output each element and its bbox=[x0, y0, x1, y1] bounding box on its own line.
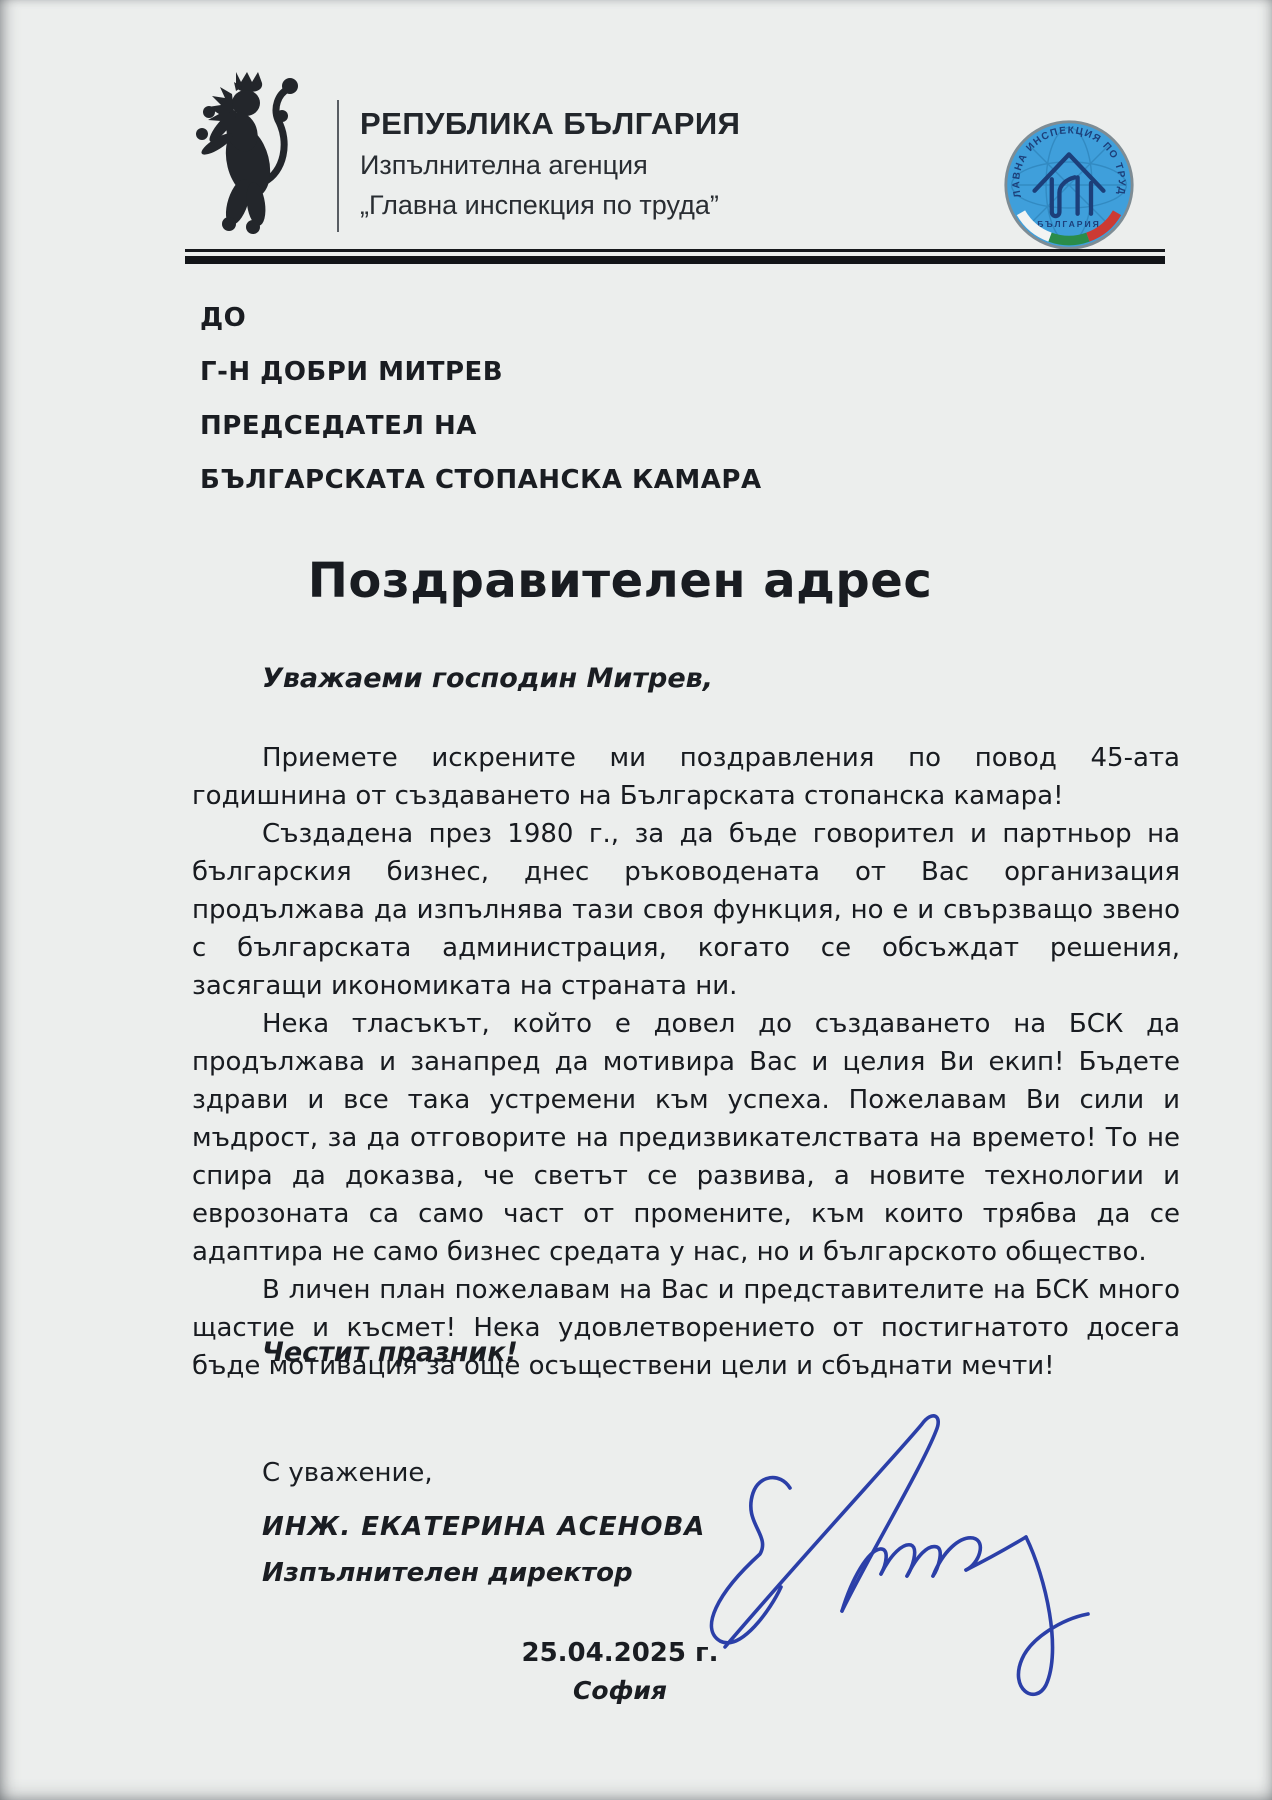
letter-body: Приемете искрените ми поздравления по по… bbox=[192, 739, 1180, 1385]
recipient-line-name: Г-Н ДОБРИ МИТРЕВ bbox=[200, 357, 900, 411]
body-paragraph: Нека тласъкът, който е довел до създаван… bbox=[192, 1005, 1180, 1271]
header-divider-line bbox=[337, 100, 339, 232]
body-paragraph: Приемете искрените ми поздравления по по… bbox=[192, 739, 1180, 815]
date-city-block: 25.04.2025 г. София bbox=[410, 1638, 830, 1705]
seal-bottom-text: БЪЛГАРИЯ bbox=[1037, 219, 1100, 229]
scanned-letter-page: РЕПУБЛИКА БЪЛГАРИЯ Изпълнителна агенция … bbox=[0, 0, 1272, 1800]
header-agency-name-line: „Главна инспекция по труда” bbox=[360, 190, 719, 221]
recipient-line-role: ПРЕДСЕДАТЕЛ НА bbox=[200, 411, 900, 465]
recipient-line-to: ДО bbox=[200, 303, 900, 357]
letter-city: София bbox=[410, 1676, 830, 1705]
header-agency-line: Изпълнителна агенция bbox=[360, 150, 648, 181]
letter-title: Поздравителен адрес bbox=[120, 553, 1120, 609]
bulgaria-lion-emblem bbox=[190, 70, 315, 238]
header-rule-thin bbox=[185, 249, 1165, 252]
salutation: Уважаеми господин Митрев, bbox=[262, 663, 713, 694]
holiday-greeting: Честит празник! bbox=[262, 1337, 518, 1368]
header-rule-thick bbox=[185, 256, 1165, 264]
signer-role: Изпълнителен директор bbox=[262, 1558, 633, 1588]
labour-inspectorate-seal: ГЛАВНА ИНСПЕКЦИЯ ПО ТРУДА БЪЛГАРИЯ bbox=[1002, 118, 1136, 252]
letter-date: 25.04.2025 г. bbox=[410, 1638, 830, 1668]
recipient-block: ДО Г-Н ДОБРИ МИТРЕВ ПРЕДСЕДАТЕЛ НА БЪЛГА… bbox=[200, 303, 900, 519]
header-republic-title: РЕПУБЛИКА БЪЛГАРИЯ bbox=[360, 106, 740, 142]
body-paragraph: Създадена през 1980 г., за да бъде говор… bbox=[192, 815, 1180, 1005]
recipient-line-org: БЪЛГАРСКАТА СТОПАНСКА КАМАРА bbox=[200, 465, 900, 519]
closing-respect: С уважение, bbox=[262, 1458, 433, 1488]
